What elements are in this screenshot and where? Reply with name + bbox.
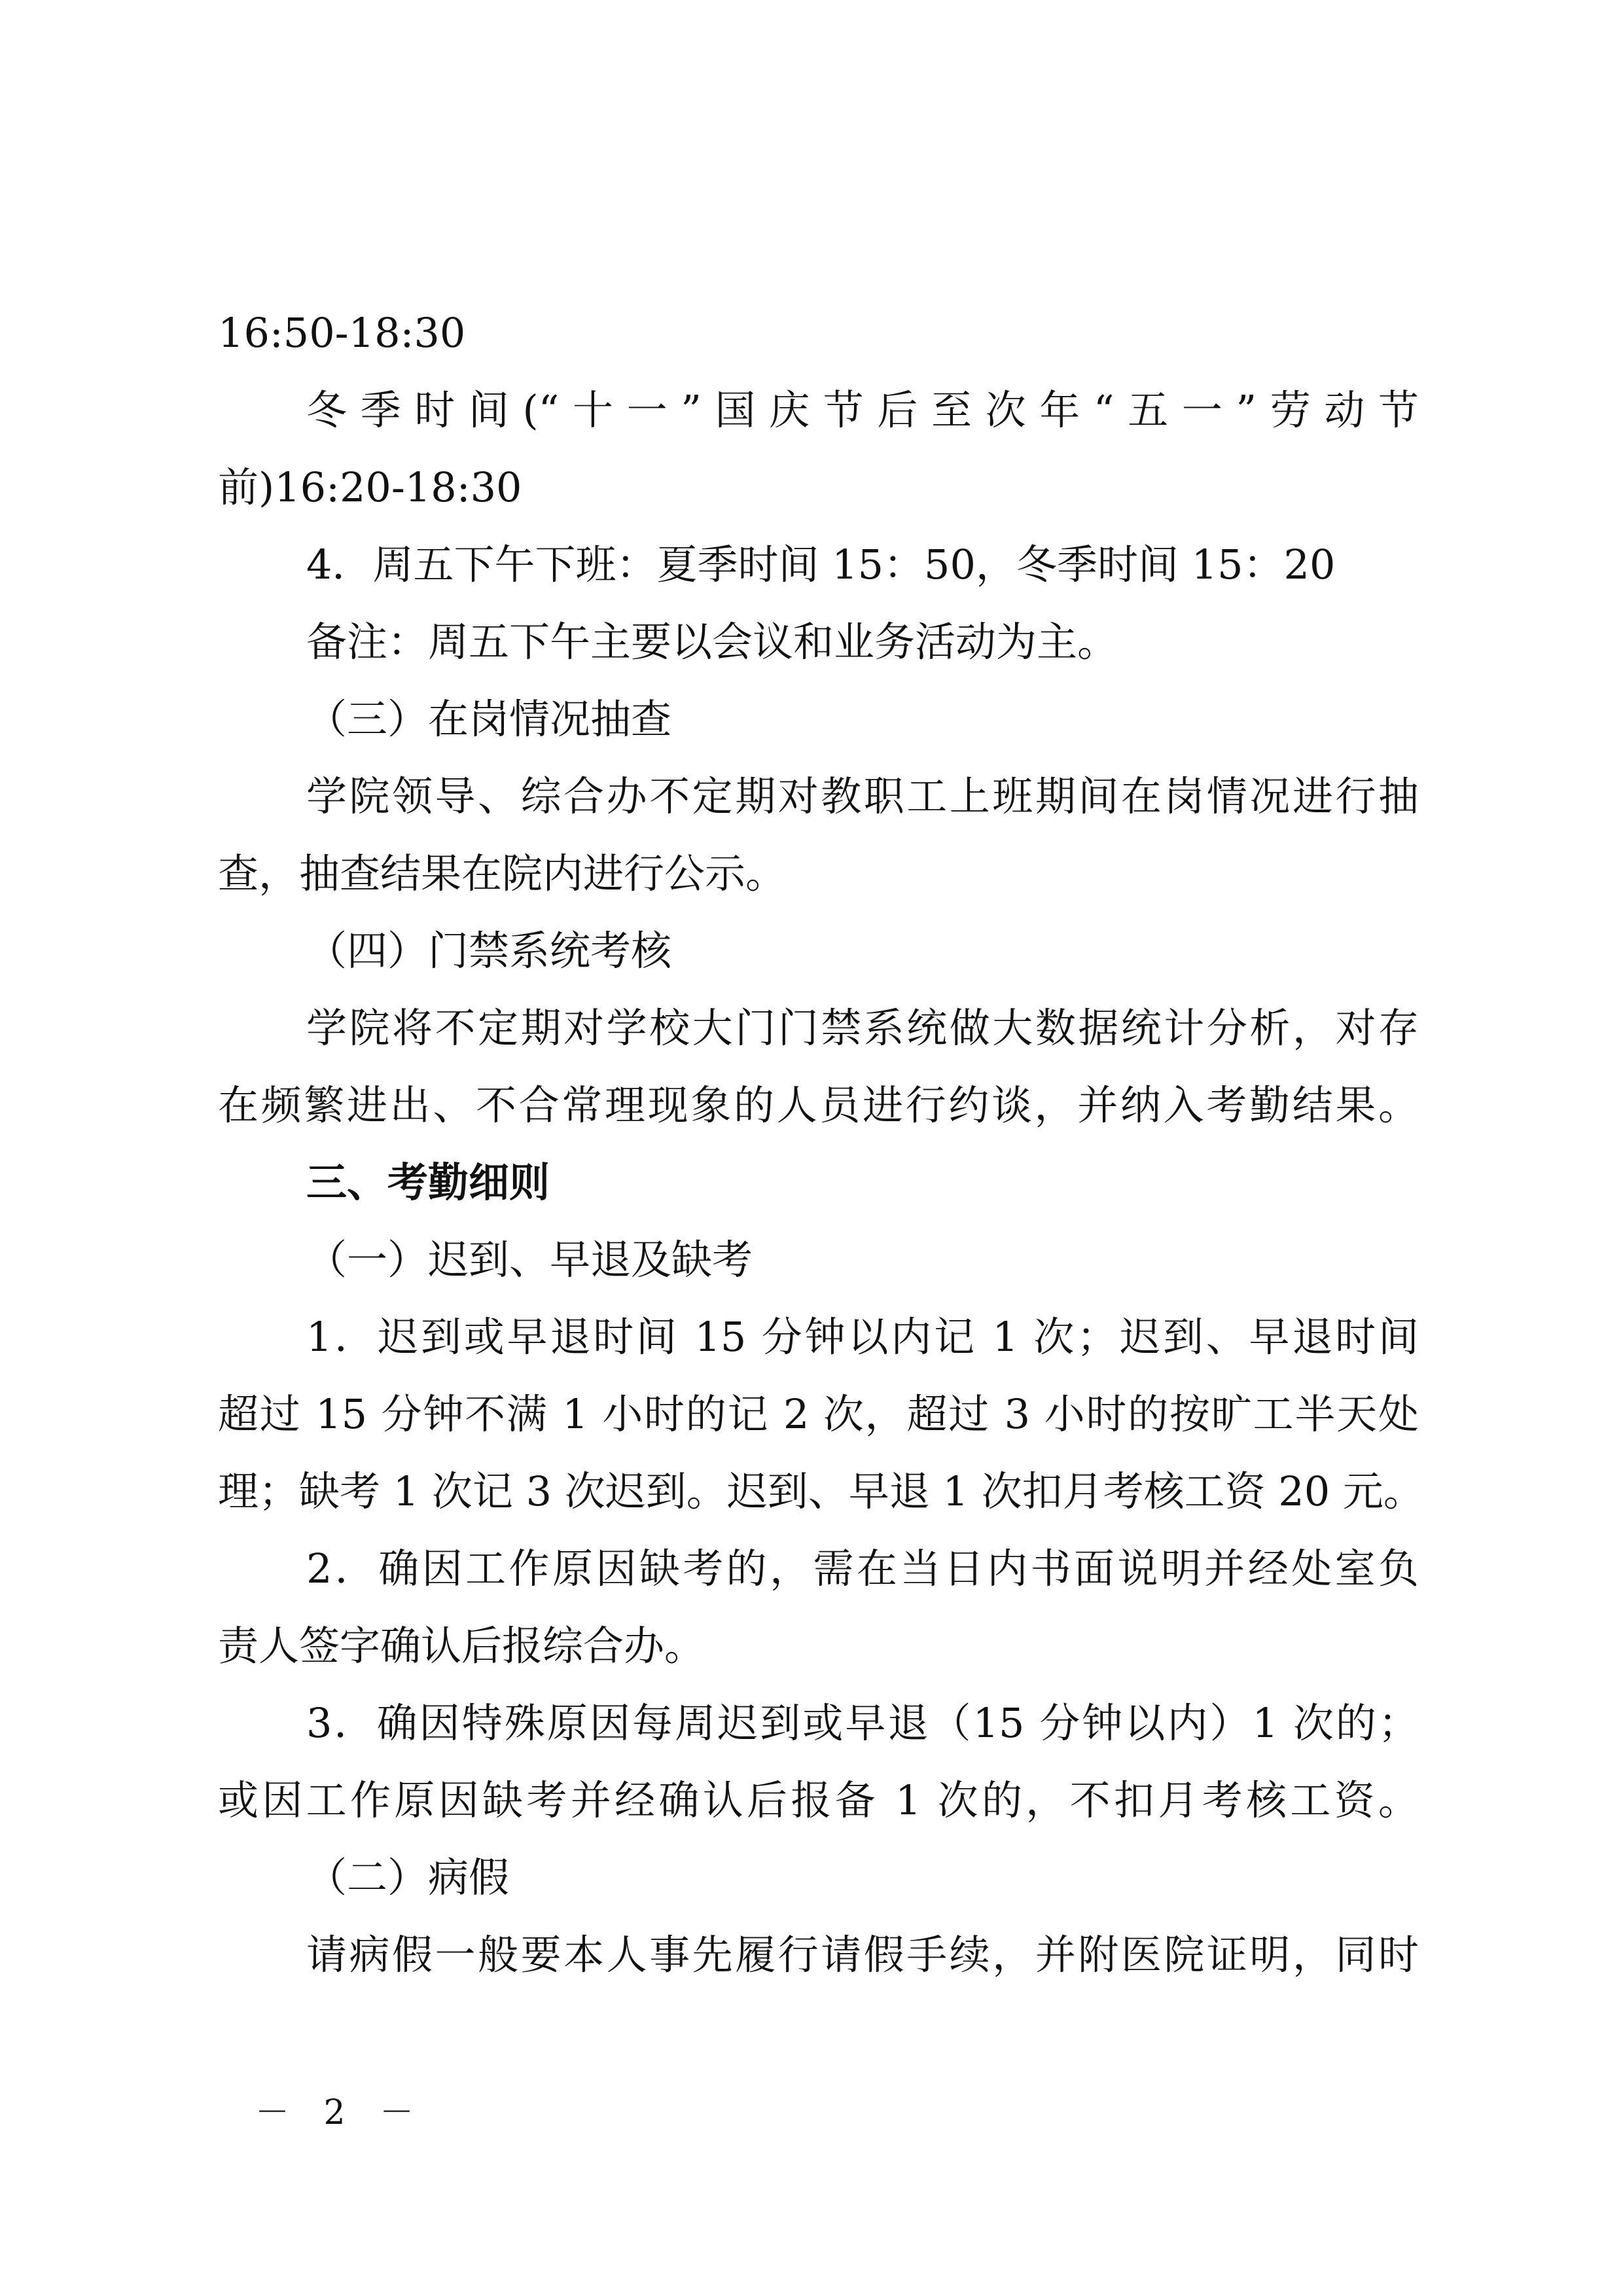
subheading-access-control: （四）门禁系统考核	[218, 912, 1419, 990]
rule-3-line-1: 3．确因特殊原因每周迟到或早退（15 分钟以内）1 次的；	[218, 1685, 1419, 1762]
paragraph-access-control-2: 在频繁进出、不合常理现象的人员进行约谈，并纳入考勤结果。	[218, 1067, 1419, 1144]
paragraph-spot-check-1: 学院领导、综合办不定期对教职工上班期间在岗情况进行抽	[218, 758, 1419, 835]
subheading-sick-leave: （二）病假	[218, 1839, 1419, 1916]
rule-1-line-2: 超过 15 分钟不满 1 小时的记 2 次，超过 3 小时的按旷工半天处	[218, 1376, 1419, 1453]
page-number: － 2 －	[255, 2085, 425, 2134]
rule-2-line-2: 责人签字确认后报综合办。	[218, 1607, 1419, 1685]
subheading-spot-check: （三）在岗情况抽查	[218, 681, 1419, 758]
subheading-late-early: （一）迟到、早退及缺考	[218, 1221, 1419, 1299]
time-line-summer-end: 16:50-18:30	[218, 295, 1419, 372]
rule-3-line-2: 或因工作原因缺考并经确认后报备 1 次的，不扣月考核工资。	[218, 1762, 1419, 1839]
paragraph-access-control-1: 学院将不定期对学校大门门禁系统做大数据统计分析，对存	[218, 990, 1419, 1067]
friday-off-time: 4．周五下午下班：夏季时间 15：50，冬季时间 15：20	[218, 526, 1419, 603]
winter-time-range: 前)16:20-18:30	[218, 449, 1419, 526]
paragraph-sick-leave-1: 请病假一般要本人事先履行请假手续，并附医院证明，同时	[218, 1916, 1419, 1994]
document-page: 16:50-18:30 冬季时间(“十一”国庆节后至次年“五一”劳动节 前)16…	[218, 295, 1419, 1994]
winter-time-line: 冬季时间(“十一”国庆节后至次年“五一”劳动节	[218, 372, 1419, 449]
paragraph-spot-check-2: 查，抽查结果在院内进行公示。	[218, 835, 1419, 912]
rule-1-line-3: 理；缺考 1 次记 3 次迟到。迟到、早退 1 次扣月考核工资 20 元。	[218, 1453, 1419, 1530]
heading-attendance-rules: 三、考勤细则	[218, 1144, 1419, 1221]
rule-2-line-1: 2．确因工作原因缺考的，需在当日内书面说明并经处室负	[218, 1530, 1419, 1607]
rule-1-line-1: 1．迟到或早退时间 15 分钟以内记 1 次；迟到、早退时间	[218, 1299, 1419, 1376]
note-line: 备注：周五下午主要以会议和业务活动为主。	[218, 603, 1419, 681]
